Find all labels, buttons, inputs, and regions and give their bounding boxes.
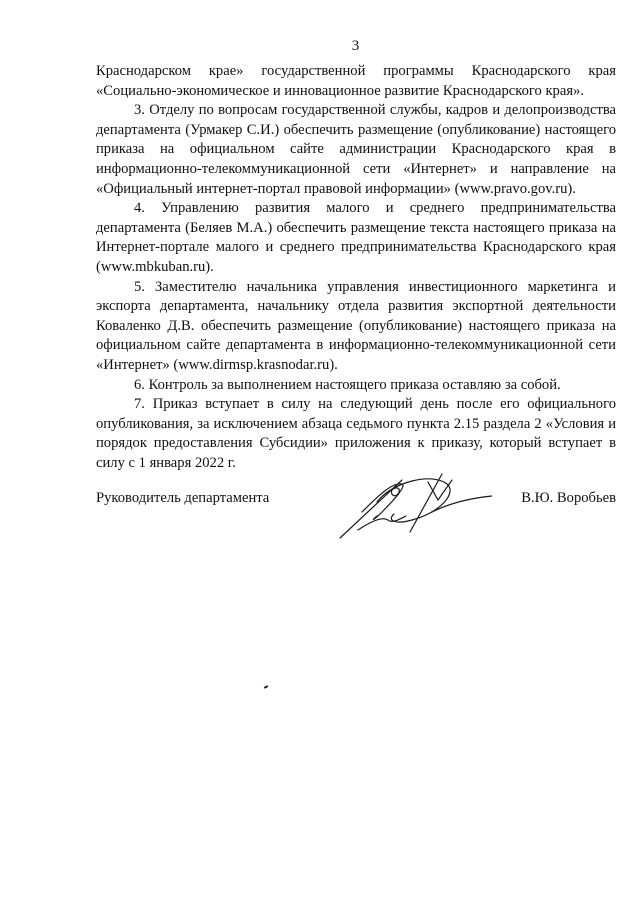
paragraph-item-4: 4. Управлению развития малого и среднего… — [96, 199, 616, 277]
paragraph-item-3: 3. Отделу по вопросам государственной сл… — [96, 101, 616, 199]
paragraph-item-5: 5. Заместителю начальника управления инв… — [96, 278, 616, 376]
scan-artifact — [264, 685, 268, 689]
document-body: Краснодарском крае» государственной прог… — [96, 62, 616, 473]
page-number: 3 — [36, 38, 639, 55]
paragraph-item-6: 6. Контроль за выполнением настоящего пр… — [96, 376, 616, 396]
paragraph-item-7: 7. Приказ вступает в силу на следующий д… — [96, 395, 616, 473]
signatory-position: Руководитель департамента — [96, 490, 269, 507]
handwritten-signature-icon — [332, 472, 492, 542]
signature-block: Руководитель департамента В.Ю. Воробьев — [96, 482, 616, 552]
paragraph-continuation: Краснодарском крае» государственной прог… — [96, 62, 616, 101]
signatory-name: В.Ю. Воробьев — [521, 490, 616, 507]
